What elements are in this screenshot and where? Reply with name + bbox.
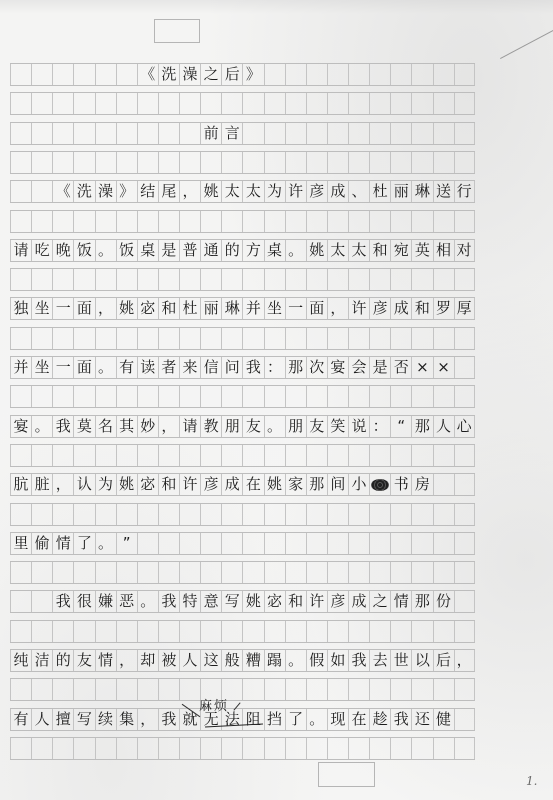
grid-cell: 普 xyxy=(179,240,200,261)
grid-cell: 彦 xyxy=(200,474,221,495)
grid-cell: 一 xyxy=(52,357,73,378)
blank-grid-row xyxy=(10,678,475,701)
grid-cell: 家 xyxy=(285,474,306,495)
grid-cell xyxy=(200,738,221,759)
grid-cell: 、 xyxy=(348,181,369,202)
grid-cell xyxy=(73,621,94,642)
grid-cell xyxy=(369,504,390,525)
grid-cell xyxy=(411,64,432,85)
grid-cell xyxy=(327,386,348,407)
grid-cell xyxy=(116,621,137,642)
grid-cell xyxy=(264,328,285,349)
grid-cell: 有 xyxy=(116,357,137,378)
grid-cell xyxy=(73,679,94,700)
grid-cell xyxy=(95,269,116,290)
grid-cell xyxy=(158,679,179,700)
grid-cell: 纯 xyxy=(10,650,31,671)
grid-cell: 后 xyxy=(221,64,242,85)
grid-cell xyxy=(285,269,306,290)
grid-cell xyxy=(390,621,411,642)
grid-cell: 英 xyxy=(411,240,432,261)
grid-cell: 人 xyxy=(433,416,454,437)
grid-cell: 坐 xyxy=(264,298,285,319)
grid-cell xyxy=(52,679,73,700)
grid-cell xyxy=(116,328,137,349)
grid-cell: 太 xyxy=(242,181,263,202)
blank-grid-row xyxy=(10,385,475,408)
grid-cell xyxy=(411,738,432,759)
grid-cell xyxy=(52,269,73,290)
grid-cell xyxy=(10,64,31,85)
grid-cell xyxy=(95,64,116,85)
grid-cell xyxy=(433,533,454,554)
grid-cell xyxy=(285,504,306,525)
grid-cell: ： xyxy=(264,357,285,378)
grid-cell: 问 xyxy=(221,357,242,378)
grid-cell xyxy=(242,445,263,466)
grid-cell: 我 xyxy=(390,709,411,730)
grid-cell xyxy=(31,93,52,114)
grid-cell: 澡 xyxy=(95,181,116,202)
grid-cell: ， xyxy=(116,650,137,671)
grid-cell: 次 xyxy=(306,357,327,378)
grid-cell xyxy=(179,679,200,700)
grid-cell xyxy=(73,93,94,114)
grid-cell xyxy=(369,562,390,583)
grid-cell xyxy=(95,621,116,642)
blank-grid-row xyxy=(10,327,475,350)
grid-cell xyxy=(116,562,137,583)
grid-cell xyxy=(264,533,285,554)
grid-cell: 宴 xyxy=(10,416,31,437)
grid-cell xyxy=(179,123,200,144)
grid-cell xyxy=(52,328,73,349)
grid-cell: 擅 xyxy=(52,709,73,730)
grid-cell xyxy=(348,211,369,232)
grid-cell xyxy=(454,591,475,612)
manuscript-line: 《洗澡之后》 xyxy=(10,63,475,86)
grid-cell: 心 xyxy=(454,416,475,437)
grid-cell xyxy=(95,445,116,466)
grid-cell xyxy=(95,123,116,144)
grid-cell: 成 xyxy=(327,181,348,202)
grid-cell xyxy=(31,269,52,290)
grid-cell xyxy=(454,386,475,407)
manuscript-line: 肮脏，认为姚宓和许彦成在姚家那间小书房 xyxy=(10,473,475,496)
grid-cell xyxy=(348,562,369,583)
grid-cell xyxy=(369,93,390,114)
grid-cell xyxy=(390,533,411,554)
grid-cell: 和 xyxy=(158,474,179,495)
grid-cell xyxy=(200,211,221,232)
grid-cell: 罗 xyxy=(433,298,454,319)
grid-cell xyxy=(264,738,285,759)
grid-cell xyxy=(327,123,348,144)
grid-cell: 前 xyxy=(200,123,221,144)
blank-grid-row xyxy=(10,561,475,584)
grid-cell xyxy=(179,533,200,554)
grid-cell xyxy=(10,328,31,349)
grid-cell: 份 xyxy=(433,591,454,612)
grid-cell: 信 xyxy=(200,357,221,378)
grid-cell xyxy=(158,504,179,525)
grid-cell xyxy=(52,504,73,525)
grid-cell xyxy=(369,211,390,232)
grid-cell xyxy=(95,504,116,525)
grid-cell xyxy=(390,123,411,144)
grid-cell: ， xyxy=(158,416,179,437)
grid-cell xyxy=(306,504,327,525)
grid-cell xyxy=(158,269,179,290)
grid-cell: 写 xyxy=(221,591,242,612)
grid-cell xyxy=(369,123,390,144)
grid-cell xyxy=(264,445,285,466)
scribbled-out-word xyxy=(371,479,389,491)
grid-cell xyxy=(306,211,327,232)
grid-cell xyxy=(242,152,263,173)
grid-cell xyxy=(242,738,263,759)
grid-cell xyxy=(52,621,73,642)
grid-cell xyxy=(306,123,327,144)
grid-cell xyxy=(179,328,200,349)
grid-cell: 澡 xyxy=(179,64,200,85)
grid-cell xyxy=(369,269,390,290)
grid-cell: 以 xyxy=(411,650,432,671)
grid-cell: 的 xyxy=(52,650,73,671)
grid-cell xyxy=(73,64,94,85)
grid-cell xyxy=(95,152,116,173)
grid-cell xyxy=(10,211,31,232)
grid-cell: 我 xyxy=(348,650,369,671)
manuscript-line: 我很嫌恶。我特意写姚宓和许彦成之情那份 xyxy=(10,590,475,613)
grid-cell: 和 xyxy=(369,240,390,261)
grid-cell: 那 xyxy=(411,416,432,437)
grid-cell xyxy=(411,386,432,407)
grid-cell xyxy=(116,93,137,114)
grid-cell xyxy=(221,621,242,642)
grid-cell: 意 xyxy=(200,591,221,612)
grid-cell xyxy=(221,738,242,759)
grid-cell xyxy=(348,269,369,290)
grid-cell xyxy=(52,738,73,759)
grid-cell xyxy=(285,445,306,466)
grid-cell xyxy=(433,211,454,232)
grid-cell xyxy=(73,504,94,525)
grid-cell xyxy=(52,562,73,583)
grid-cell: 肮 xyxy=(10,474,31,495)
grid-cell xyxy=(285,211,306,232)
grid-cell xyxy=(348,504,369,525)
grid-cell xyxy=(411,123,432,144)
grid-cell: 姚 xyxy=(116,474,137,495)
manuscript-line: 宴。我莫名其妙，请教朋友。朋友笑说：“那人心 xyxy=(10,415,475,438)
grid-cell xyxy=(306,562,327,583)
grid-cell: 这 xyxy=(200,650,221,671)
grid-cell xyxy=(327,269,348,290)
grid-cell: 面 xyxy=(73,298,94,319)
grid-cell xyxy=(411,211,432,232)
grid-cell xyxy=(10,93,31,114)
grid-cell xyxy=(264,504,285,525)
grid-cell xyxy=(10,504,31,525)
grid-cell xyxy=(137,123,158,144)
grid-cell xyxy=(95,93,116,114)
grid-cell xyxy=(73,152,94,173)
grid-cell xyxy=(95,211,116,232)
grid-cell xyxy=(264,621,285,642)
grid-cell: 桌 xyxy=(264,240,285,261)
grid-cell: 了 xyxy=(73,533,94,554)
grid-cell xyxy=(369,533,390,554)
grid-cell: 挡 xyxy=(264,709,285,730)
grid-cell xyxy=(116,386,137,407)
grid-cell xyxy=(137,269,158,290)
grid-cell xyxy=(454,474,475,495)
grid-cell: 言 xyxy=(221,123,242,144)
grid-cell xyxy=(200,93,221,114)
grid-cell xyxy=(137,679,158,700)
grid-cell xyxy=(200,504,221,525)
grid-cell xyxy=(179,504,200,525)
grid-cell xyxy=(369,738,390,759)
grid-cell: 偷 xyxy=(31,533,52,554)
grid-cell: 。 xyxy=(137,591,158,612)
blank-grid-row xyxy=(10,268,475,291)
grid-cell: 就 xyxy=(179,709,200,730)
grid-cell xyxy=(31,591,52,612)
grid-cell xyxy=(369,474,390,495)
grid-cell xyxy=(327,445,348,466)
grid-cell xyxy=(327,211,348,232)
grid-cell xyxy=(158,152,179,173)
grid-cell xyxy=(264,562,285,583)
grid-cell: 桌 xyxy=(137,240,158,261)
grid-cell xyxy=(327,562,348,583)
grid-cell xyxy=(31,64,52,85)
grid-cell xyxy=(411,328,432,349)
grid-cell xyxy=(454,93,475,114)
grid-cell: 小 xyxy=(348,474,369,495)
grid-cell xyxy=(348,533,369,554)
grid-cell: 我 xyxy=(52,416,73,437)
grid-cell: 。 xyxy=(95,240,116,261)
grid-cell: 朋 xyxy=(285,416,306,437)
grid-cell: 我 xyxy=(158,709,179,730)
grid-cell xyxy=(137,621,158,642)
grid-cell xyxy=(433,621,454,642)
grid-cell xyxy=(454,621,475,642)
grid-cell xyxy=(158,93,179,114)
grid-cell: 请 xyxy=(10,240,31,261)
grid-cell xyxy=(369,64,390,85)
grid-cell xyxy=(369,152,390,173)
grid-cell xyxy=(285,64,306,85)
grid-cell: 糟 xyxy=(242,650,263,671)
grid-cell xyxy=(454,357,475,378)
grid-cell xyxy=(369,445,390,466)
grid-cell xyxy=(116,679,137,700)
grid-cell: 。 xyxy=(306,709,327,730)
grid-cell xyxy=(390,504,411,525)
grid-cell xyxy=(158,445,179,466)
manuscript-line: 前言 xyxy=(10,122,475,145)
grid-cell xyxy=(348,386,369,407)
grid-cell xyxy=(390,562,411,583)
grid-cell: 宓 xyxy=(264,591,285,612)
footer-box xyxy=(318,762,375,787)
paper-fold-mark xyxy=(500,30,553,94)
grid-cell xyxy=(242,328,263,349)
grid-cell xyxy=(411,93,432,114)
grid-cell: 了 xyxy=(285,709,306,730)
grid-cell: 为 xyxy=(264,181,285,202)
grid-cell xyxy=(137,152,158,173)
grid-cell: 朋 xyxy=(221,416,242,437)
grid-cell xyxy=(327,679,348,700)
grid-cell xyxy=(242,386,263,407)
grid-cell: 行 xyxy=(454,181,475,202)
grid-cell: 太 xyxy=(221,181,242,202)
grid-cell xyxy=(179,211,200,232)
grid-cell xyxy=(369,621,390,642)
grid-cell: 蹋 xyxy=(264,650,285,671)
grid-cell xyxy=(433,504,454,525)
grid-cell xyxy=(327,533,348,554)
manuscript-line: 并坐一面。有读者来信问我：那次宴会是否×× xyxy=(10,356,475,379)
grid-cell xyxy=(52,386,73,407)
grid-cell: 成 xyxy=(348,591,369,612)
grid-cell: 否 xyxy=(390,357,411,378)
manuscript-line: 里偷情了。” xyxy=(10,532,475,555)
grid-cell: ， xyxy=(327,298,348,319)
grid-cell: 来 xyxy=(179,357,200,378)
grid-cell xyxy=(264,679,285,700)
grid-cell xyxy=(31,181,52,202)
grid-cell xyxy=(200,562,221,583)
grid-cell xyxy=(369,386,390,407)
grid-cell xyxy=(10,123,31,144)
grid-cell xyxy=(10,621,31,642)
correction-insert: 麻烦 xyxy=(199,695,229,714)
grid-cell xyxy=(264,93,285,114)
grid-cell: 世 xyxy=(390,650,411,671)
grid-cell xyxy=(158,533,179,554)
grid-cell: 写 xyxy=(73,709,94,730)
grid-cell xyxy=(390,211,411,232)
grid-cell xyxy=(137,328,158,349)
grid-cell xyxy=(285,533,306,554)
grid-cell xyxy=(179,152,200,173)
grid-cell xyxy=(242,93,263,114)
grid-cell: × xyxy=(433,357,454,378)
grid-cell: 和 xyxy=(285,591,306,612)
grid-cell: 。 xyxy=(264,416,285,437)
grid-cell: 彦 xyxy=(327,591,348,612)
grid-cell: 有 xyxy=(10,709,31,730)
grid-cell xyxy=(221,533,242,554)
grid-cell: 名 xyxy=(95,416,116,437)
grid-cell: ： xyxy=(369,416,390,437)
grid-cell: 琳 xyxy=(221,298,242,319)
grid-cell: 我 xyxy=(158,591,179,612)
grid-cell xyxy=(52,211,73,232)
grid-cell: 姚 xyxy=(242,591,263,612)
grid-cell: ” xyxy=(116,533,137,554)
grid-cell xyxy=(433,93,454,114)
grid-cell: 彦 xyxy=(306,181,327,202)
grid-cell xyxy=(327,93,348,114)
grid-cell xyxy=(411,679,432,700)
grid-cell xyxy=(242,679,263,700)
grid-cell xyxy=(327,621,348,642)
grid-cell: 和 xyxy=(158,298,179,319)
grid-cell: 之 xyxy=(369,591,390,612)
grid-cell xyxy=(306,738,327,759)
grid-cell xyxy=(306,445,327,466)
grid-cell: 间 xyxy=(327,474,348,495)
grid-cell: 人 xyxy=(179,650,200,671)
grid-cell xyxy=(433,679,454,700)
grid-cell: 在 xyxy=(242,474,263,495)
grid-cell xyxy=(306,64,327,85)
grid-cell: 脏 xyxy=(31,474,52,495)
grid-cell: 姚 xyxy=(306,240,327,261)
grid-cell xyxy=(433,152,454,173)
grid-cell xyxy=(137,562,158,583)
grid-cell xyxy=(221,269,242,290)
grid-cell xyxy=(433,386,454,407)
grid-cell: 许 xyxy=(179,474,200,495)
grid-cell: 彦 xyxy=(369,298,390,319)
grid-cell xyxy=(390,738,411,759)
grid-cell xyxy=(158,211,179,232)
grid-cell xyxy=(454,152,475,173)
grid-cell: ， xyxy=(95,298,116,319)
grid-cell xyxy=(200,328,221,349)
grid-cell xyxy=(73,269,94,290)
grid-cell xyxy=(242,504,263,525)
grid-cell: 一 xyxy=(52,298,73,319)
grid-cell xyxy=(200,533,221,554)
grid-cell xyxy=(31,445,52,466)
grid-cell: 《 xyxy=(137,64,158,85)
grid-cell xyxy=(73,386,94,407)
grid-cell xyxy=(158,621,179,642)
grid-cell: 续 xyxy=(95,709,116,730)
grid-cell: 如 xyxy=(327,650,348,671)
grid-cell xyxy=(221,562,242,583)
grid-cell: 后 xyxy=(433,650,454,671)
grid-cell xyxy=(369,328,390,349)
grid-cell xyxy=(454,123,475,144)
grid-cell xyxy=(10,386,31,407)
grid-cell: 是 xyxy=(158,240,179,261)
grid-cell: 洗 xyxy=(158,64,179,85)
grid-cell xyxy=(433,64,454,85)
grid-cell xyxy=(285,123,306,144)
grid-cell: 说 xyxy=(348,416,369,437)
grid-cell xyxy=(264,64,285,85)
grid-cell xyxy=(31,386,52,407)
grid-cell xyxy=(221,328,242,349)
grid-cell: 一 xyxy=(285,298,306,319)
grid-cell: 洗 xyxy=(73,181,94,202)
grid-cell xyxy=(31,123,52,144)
grid-cell xyxy=(73,738,94,759)
grid-cell: 对 xyxy=(454,240,475,261)
grid-cell xyxy=(116,504,137,525)
grid-cell: 之 xyxy=(200,64,221,85)
